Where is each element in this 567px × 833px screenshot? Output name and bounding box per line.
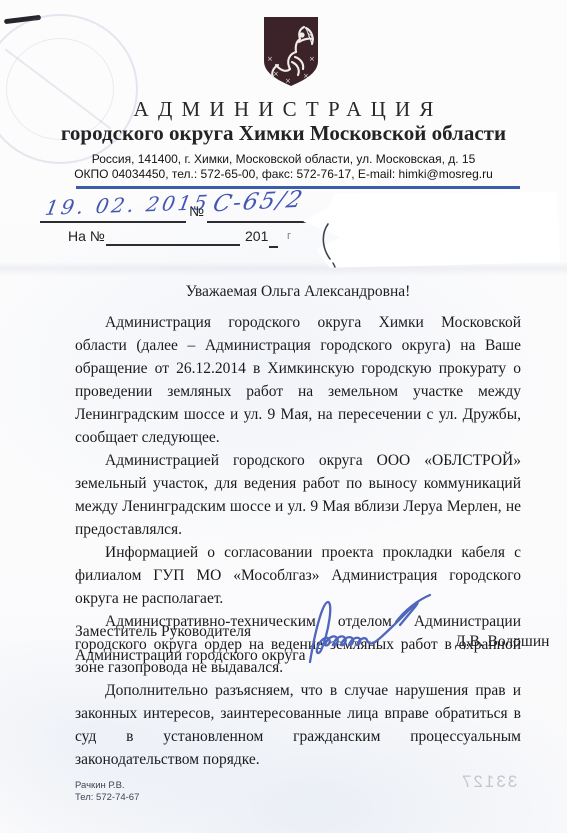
svg-text:×: × xyxy=(285,77,291,85)
number-label: № xyxy=(189,203,204,219)
bleedthrough-number: 33127 xyxy=(460,772,517,792)
svg-text:×: × xyxy=(307,31,313,39)
scanned-letter-page: ×× ×× ×× АДМИНИСТРАЦИЯ городского округа… xyxy=(0,0,567,833)
handwritten-signature xyxy=(298,592,450,675)
signatory-name: Д.В. Волошин xyxy=(455,633,549,651)
address-line-2: ОКПО 04034450, тел.: 572-65-00, факс: 57… xyxy=(0,167,567,182)
handwritten-date: 19. 02. 2015 xyxy=(43,190,212,220)
reply-underline xyxy=(106,244,240,246)
salutation: Уважаемая Ольга Александровна! xyxy=(75,283,521,301)
executor-block: Рачкин Р.В. Тел: 572-74-67 xyxy=(75,780,139,804)
signatory-position: Заместитель Руководителя Администрации г… xyxy=(75,620,305,668)
executor-phone: Тел: 572-74-67 xyxy=(75,792,139,804)
letterhead-address: Россия, 141400, г. Химки, Московской обл… xyxy=(0,152,567,182)
organization-subtitle: городского округа Химки Московской облас… xyxy=(0,121,567,146)
number-underline xyxy=(207,221,313,223)
paragraph-1: Администрация городского округа Химки Мо… xyxy=(75,311,521,449)
paragraph-2: Администрацией городского округа ООО «ОБ… xyxy=(75,449,521,541)
svg-text:×: × xyxy=(303,72,309,80)
patch-edge-marks xyxy=(318,221,340,274)
reply-year-letter: г xyxy=(287,230,291,242)
address-line-1: Россия, 141400, г. Химки, Московской обл… xyxy=(0,152,567,167)
coat-of-arms-icon: ×× ×× ×× xyxy=(262,15,320,89)
handwritten-outgoing-number: С-65/2 xyxy=(210,187,306,218)
executor-name: Рачкин Р.В. xyxy=(75,780,139,792)
svg-text:×: × xyxy=(273,70,279,78)
position-line-2: Администрации городского округа xyxy=(75,644,305,668)
reply-year-prefix: 201 xyxy=(245,228,268,244)
paragraph-5: Дополнительно разъясняем, что в случае н… xyxy=(75,679,521,771)
letter-body: Администрация городского округа Химки Мо… xyxy=(75,311,521,771)
position-line-1: Заместитель Руководителя xyxy=(75,620,305,644)
svg-text:×: × xyxy=(267,55,273,63)
date-underline xyxy=(40,221,186,223)
svg-text:×: × xyxy=(309,55,315,63)
organization-title: АДМИНИСТРАЦИЯ xyxy=(0,97,567,122)
reply-year-underline xyxy=(269,246,278,248)
reply-to-label: На № xyxy=(68,228,105,244)
